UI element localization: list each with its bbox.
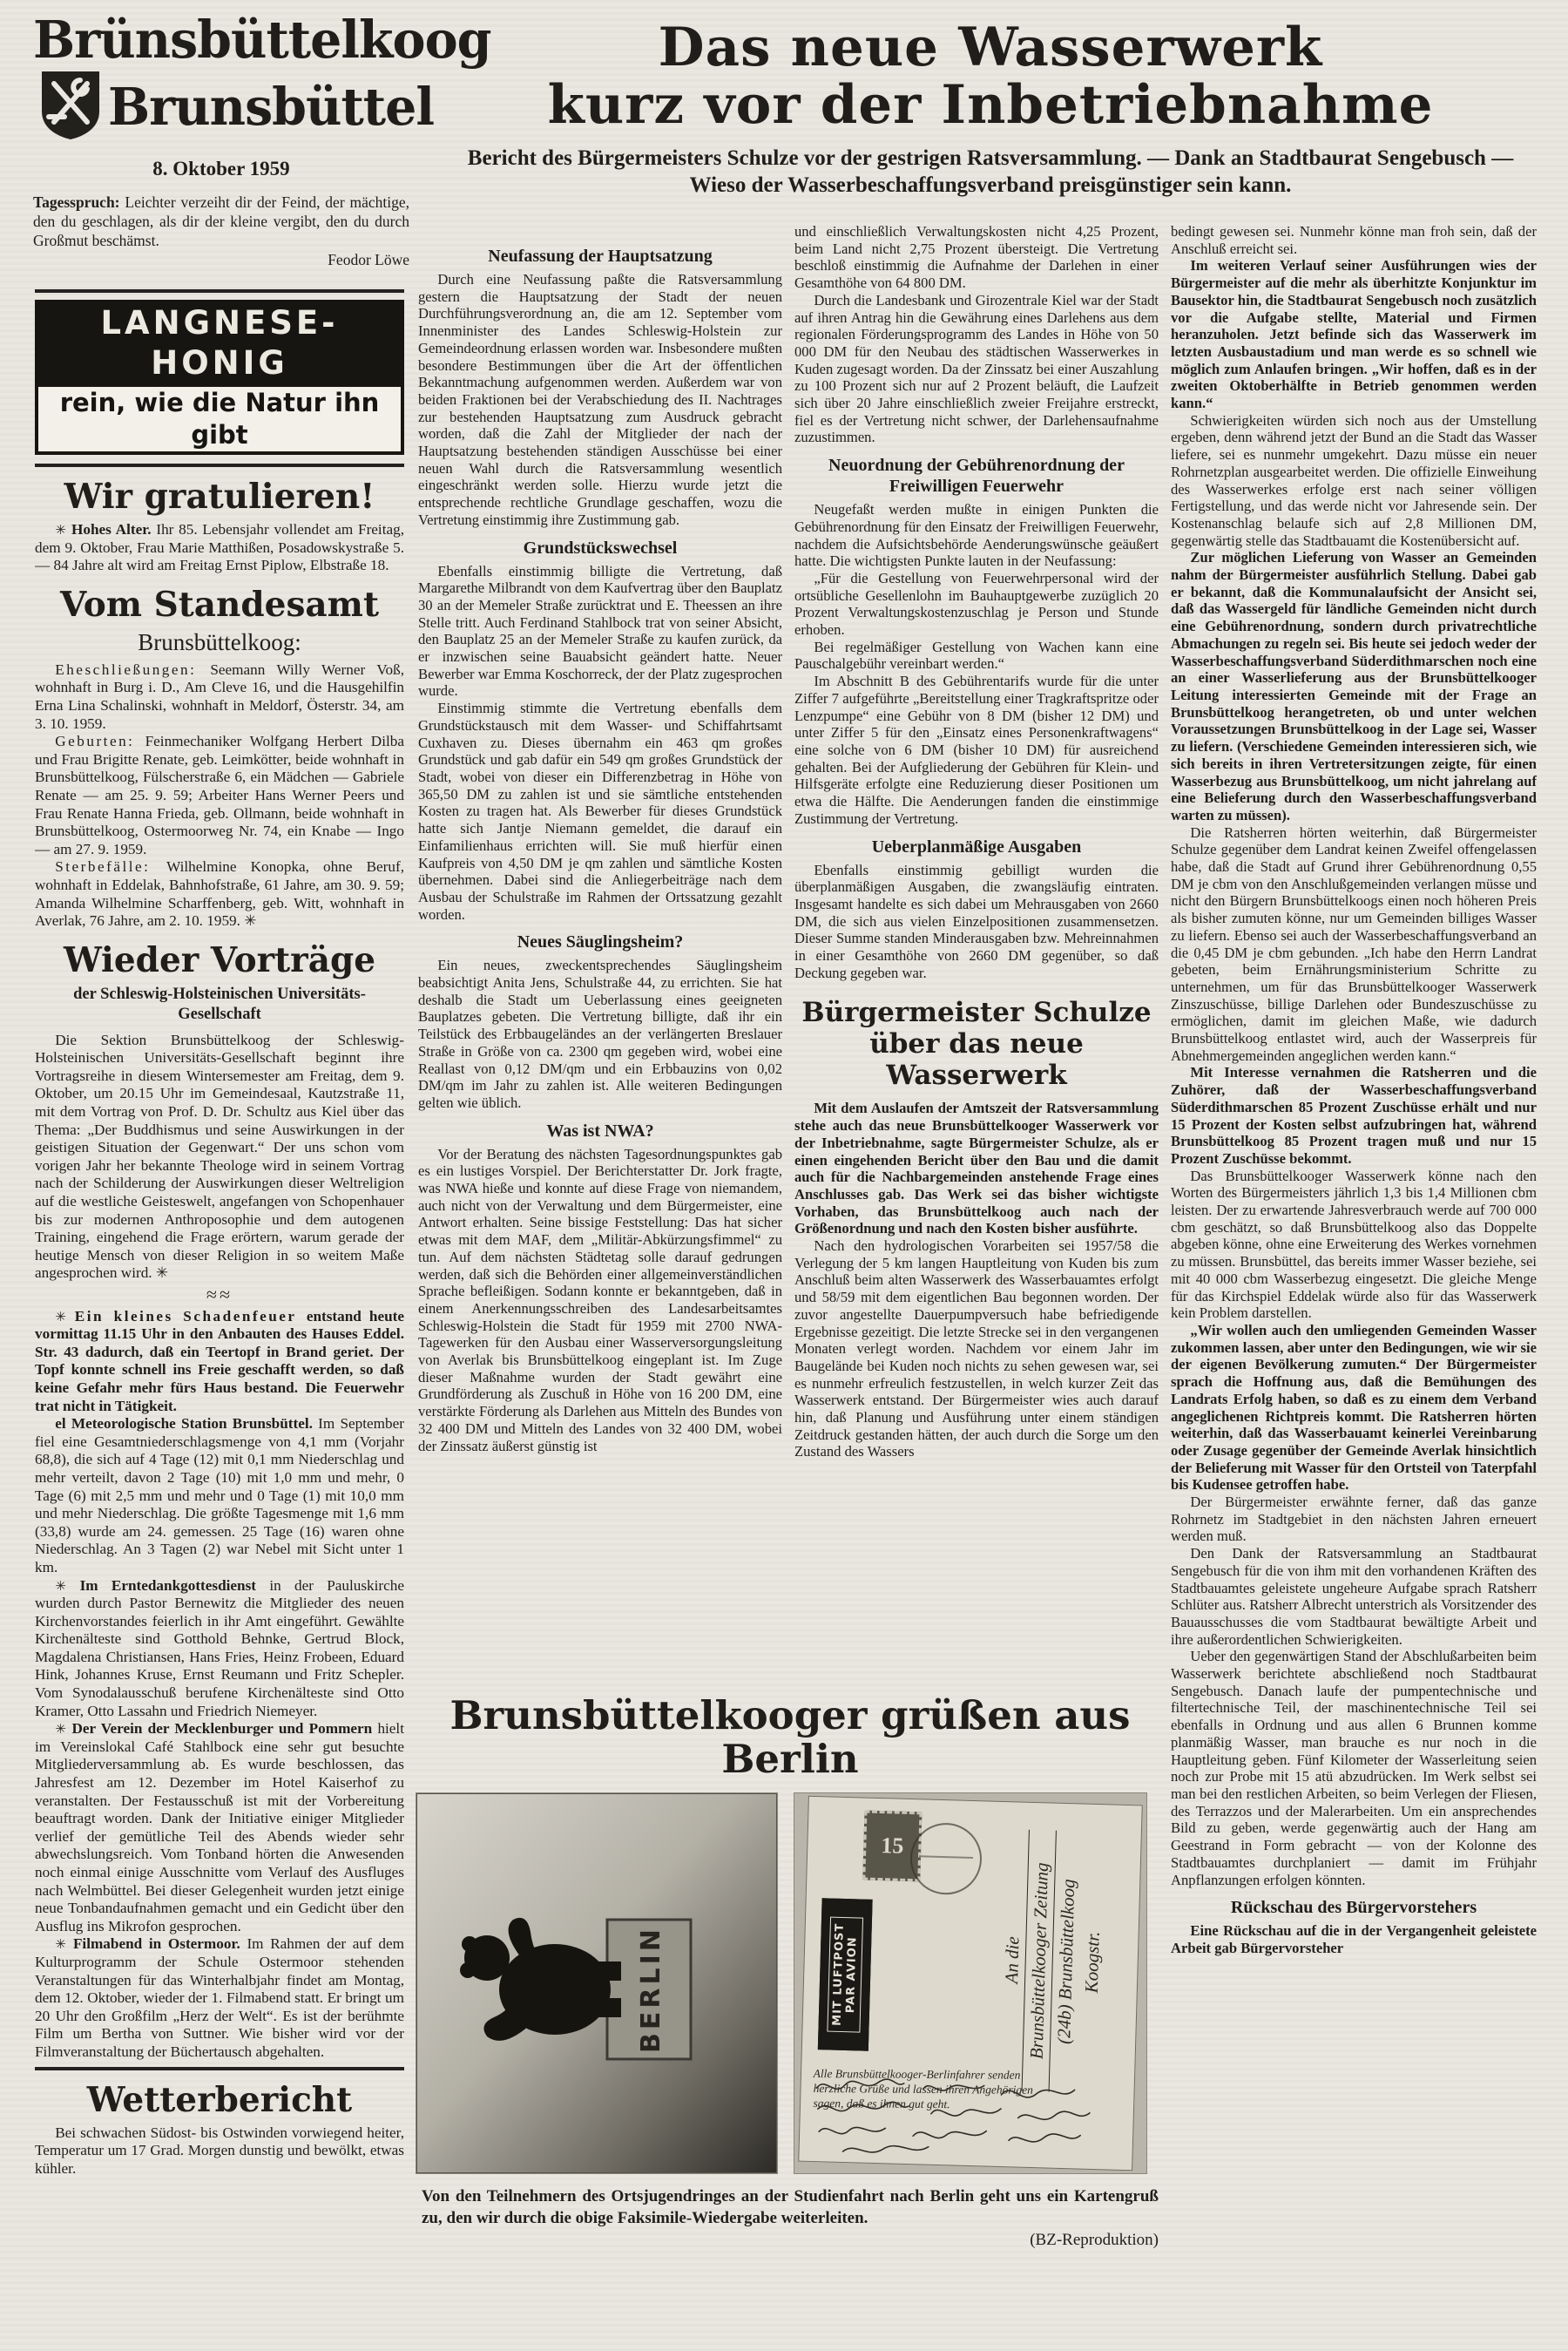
article-paragraph: „Wir wollen auch den umliegenden Gemeind… bbox=[1171, 1322, 1537, 1494]
paragraph-lead: Sterbefälle: bbox=[55, 858, 166, 875]
article-paragraph: Ueber den gegenwärtigen Stand der Abschl… bbox=[1171, 1648, 1537, 1888]
section-heading: Neufassung der Hauptsatzung bbox=[423, 246, 777, 267]
paragraph-lead: Hohes Alter. bbox=[71, 521, 156, 538]
article-paragraph: Nach den hydrologischen Vorarbeiten sei … bbox=[794, 1237, 1159, 1460]
article-paragraph: Im Abschnitt B des Gebührentarifs wurde … bbox=[794, 673, 1159, 827]
newspaper-page: Brünsbüttelkoog Brunsbüttel bbox=[0, 0, 1568, 2351]
article-paragraph: Der Bürgermeister erwähnte ferner, daß d… bbox=[1171, 1494, 1537, 1545]
airmail-label: MIT LUFTPOST PAR AVION bbox=[818, 1898, 873, 2051]
star-icon: ✳ bbox=[55, 522, 71, 538]
star-icon: ✳ bbox=[55, 1721, 71, 1737]
headline-subtitle: Bericht des Bürgermeisters Schulze vor d… bbox=[455, 145, 1526, 199]
postcard-address: An die Brunsbüttelkooger Zeitung (24b) B… bbox=[996, 1829, 1109, 2093]
article-paragraph: Schwierigkeiten würden sich noch aus der… bbox=[1171, 412, 1537, 550]
paragraph-lead: Der Verein der Mecklenburger und Pommern bbox=[71, 1720, 377, 1737]
article-paragraph: bedingt gewesen sei. Nunmehr könne man f… bbox=[1171, 223, 1537, 257]
article-paragraph: ✳ Hohes Alter. Ihr 85. Lebensjahr vollen… bbox=[35, 521, 404, 575]
tagesspruch: Tagesspruch: Leichter verzeiht dir der F… bbox=[33, 193, 409, 269]
section-heading: Ueberplanmäßige Ausgaben bbox=[800, 837, 1153, 857]
section-heading: Was ist NWA? bbox=[423, 1121, 777, 1142]
article-paragraph: ✳ Im Erntedankgottesdienst in der Paulus… bbox=[35, 1577, 404, 1721]
section-divider-wave: ≈≈ bbox=[35, 1286, 404, 1304]
column-council-report-1: Neufassung der HauptsatzungDurch eine Ne… bbox=[418, 237, 782, 1690]
feature-photos: BERLIN bbox=[416, 1793, 1164, 2173]
article-paragraph: Durch eine Neufassung paßte die Ratsvers… bbox=[418, 271, 782, 529]
article-paragraph: „Für die Gestellung von Feuerwehrpersona… bbox=[794, 570, 1159, 639]
paragraph-lead: Im Erntedankgottesdienst bbox=[80, 1577, 270, 1594]
svg-text:BERLIN: BERLIN bbox=[636, 1926, 666, 2053]
section-heading: Grundstückswechsel bbox=[423, 538, 777, 559]
section-heading: Rückschau des Bürgervorstehers bbox=[1176, 1897, 1531, 1918]
postcard: 15 MIT LUFTPOST PAR AVION An die Brunsbü… bbox=[798, 1796, 1143, 2171]
article-paragraph: el Meteorologische Station Brunsbüttel. … bbox=[35, 1415, 404, 1576]
photo-berlin-bear: BERLIN bbox=[416, 1793, 777, 2173]
article-paragraph: Das Brunsbüttelkooger Wasserwerk könne n… bbox=[1171, 1168, 1537, 1322]
photo-postcard-facsimile: 15 MIT LUFTPOST PAR AVION An die Brunsbü… bbox=[794, 1793, 1146, 2173]
masthead-title-line2: Brunsbüttel bbox=[108, 79, 434, 133]
masthead-title-line1: Brünsbüttelkoog bbox=[33, 13, 409, 67]
airmail-label-text: MIT LUFTPOST PAR AVION bbox=[827, 1916, 863, 2032]
section-subheading: Brunsbüttelkoog: bbox=[35, 629, 404, 656]
paragraph-lead: Eheschließungen: bbox=[55, 661, 210, 678]
column-council-report-2: und einschließlich Verwaltungskosten nic… bbox=[794, 223, 1159, 1694]
article-paragraph: ✳ Filmabend in Ostermoor. Im Rahmen der … bbox=[35, 1935, 404, 2061]
photo-caption: Von den Teilnehmern des Ortsjugendringes… bbox=[422, 2185, 1159, 2251]
article-paragraph: ✳ Der Verein der Mecklenburger und Pomme… bbox=[35, 1720, 404, 1935]
article-paragraph: Durch die Landesbank und Girozentrale Ki… bbox=[794, 292, 1159, 446]
article-paragraph: Neugefaßt werden mußte in einigen Punkte… bbox=[794, 501, 1159, 570]
caption-text: Von den Teilnehmern des Ortsjugendringes… bbox=[422, 2187, 1159, 2227]
ad-line2: rein, wie die Natur ihn gibt bbox=[38, 383, 401, 451]
paragraph-lead: Geburten: bbox=[55, 733, 145, 749]
feature-heading: Brunsbüttelkooger grüßen aus Berlin bbox=[416, 1694, 1164, 1781]
article-paragraph: Mit dem Auslaufen der Amtszeit der Ratsv… bbox=[794, 1100, 1159, 1237]
article-paragraph: Eine Rückschau auf die in der Vergangenh… bbox=[1171, 1922, 1537, 1956]
berlin-greetings-feature: Brunsbüttelkooger grüßen aus Berlin bbox=[416, 1694, 1164, 2251]
article-paragraph: Die Ratsherren hörten weiterhin, daß Bür… bbox=[1171, 824, 1537, 1065]
divider-rule bbox=[35, 464, 404, 467]
divider-rule bbox=[35, 2067, 404, 2070]
ad-line1: LANGNESE-HONIG bbox=[38, 303, 401, 383]
section-heading: Neues Säuglingsheim? bbox=[423, 932, 777, 952]
issue-date: 8. Oktober 1959 bbox=[33, 158, 409, 180]
star-icon: ✳ bbox=[55, 1936, 73, 1952]
lead-story-headline: Das neue Wasserwerk kurz vor der Inbetri… bbox=[436, 19, 1545, 199]
section-heading: Bürgermeister Schulze über das neue Wass… bbox=[794, 997, 1159, 1091]
star-icon: ✳ bbox=[55, 1309, 75, 1325]
divider-rule bbox=[35, 289, 404, 293]
article-paragraph: Eheschließungen: Seemann Willy Werner Vo… bbox=[35, 661, 404, 733]
article-paragraph: Sterbefälle: Wilhelmine Konopka, ohne Be… bbox=[35, 858, 404, 930]
article-paragraph: Bei regelmäßiger Gestellung von Wachen k… bbox=[794, 639, 1159, 673]
caption-credit: (BZ-Reproduktion) bbox=[422, 2229, 1159, 2251]
column-council-report-3: bedingt gewesen sei. Nunmehr könne man f… bbox=[1171, 223, 1537, 2348]
article-paragraph: Die Sektion Brunsbüttelkoog der Schleswi… bbox=[35, 1032, 404, 1283]
article-paragraph: Geburten: Feinmechaniker Wolfgang Herber… bbox=[35, 733, 404, 858]
article-paragraph: ✳ Ein kleines Schadenfeuer entstand heut… bbox=[35, 1308, 404, 1416]
article-paragraph: Vor der Beratung des nächsten Tagesordnu… bbox=[418, 1146, 782, 1455]
article-paragraph: Ebenfalls einstimmig gebilligt wurden di… bbox=[794, 862, 1159, 982]
section-heading: Neuordnung der Gebührenordnung der Freiw… bbox=[800, 455, 1153, 497]
tagesspruch-label: Tagesspruch: bbox=[33, 193, 120, 211]
article-paragraph: Mit Interesse vernahmen die Ratsherren u… bbox=[1171, 1064, 1537, 1167]
paragraph-lead: Filmabend in Ostermoor. bbox=[73, 1935, 247, 1952]
article-paragraph: und einschließlich Verwaltungskosten nic… bbox=[794, 223, 1159, 292]
article-paragraph: Im weiteren Verlauf seiner Ausführungen … bbox=[1171, 257, 1537, 411]
headline-line1: Das neue Wasserwerk bbox=[436, 19, 1545, 77]
langnese-ad: LANGNESE-HONIGrein, wie die Natur ihn gi… bbox=[35, 300, 404, 455]
section-heading: Wir gratulieren! bbox=[35, 478, 404, 516]
airmail-line2: PAR AVION bbox=[844, 1936, 859, 2013]
masthead: Brünsbüttelkoog Brunsbüttel bbox=[33, 14, 409, 285]
paragraph-lead: el Meteorologische Station Brunsbüttel. bbox=[55, 1415, 318, 1432]
masthead-title-row2: Brunsbüttel bbox=[33, 68, 409, 146]
article-paragraph: Den Dank der Ratsversammlung an Stadtbau… bbox=[1171, 1545, 1537, 1648]
postmark-icon bbox=[909, 1822, 983, 1895]
column-local-news: LANGNESE-HONIGrein, wie die Natur ihn gi… bbox=[35, 284, 404, 2337]
section-heading: Wetterbericht bbox=[35, 2081, 404, 2119]
article-paragraph: Ebenfalls einstimmig billigte die Vertre… bbox=[418, 563, 782, 701]
article-paragraph: Ein neues, zweckentsprechendes Säuglings… bbox=[418, 957, 782, 1111]
section-heading: Vom Standesamt bbox=[35, 586, 404, 624]
city-crest-icon bbox=[38, 68, 103, 146]
headline-line2: kurz vor der Inbetriebnahme bbox=[436, 77, 1545, 134]
paragraph-lead: Ein kleines Schadenfeuer bbox=[75, 1308, 307, 1325]
signatures-scribble bbox=[808, 2072, 1124, 2165]
article-paragraph: Zur möglichen Lieferung von Wasser an Ge… bbox=[1171, 549, 1537, 823]
tagesspruch-author: Feodor Löwe bbox=[33, 250, 409, 269]
section-subheading: der Schleswig-Holsteinischen Universität… bbox=[35, 985, 404, 1025]
star-icon: ✳ bbox=[55, 1578, 79, 1594]
article-paragraph: Einstimmig stimmte die Vertretung ebenfa… bbox=[418, 700, 782, 923]
article-paragraph: Bei schwachen Südost- bis Ostwinden vorw… bbox=[35, 2124, 404, 2178]
section-heading: Wieder Vorträge bbox=[35, 941, 404, 979]
